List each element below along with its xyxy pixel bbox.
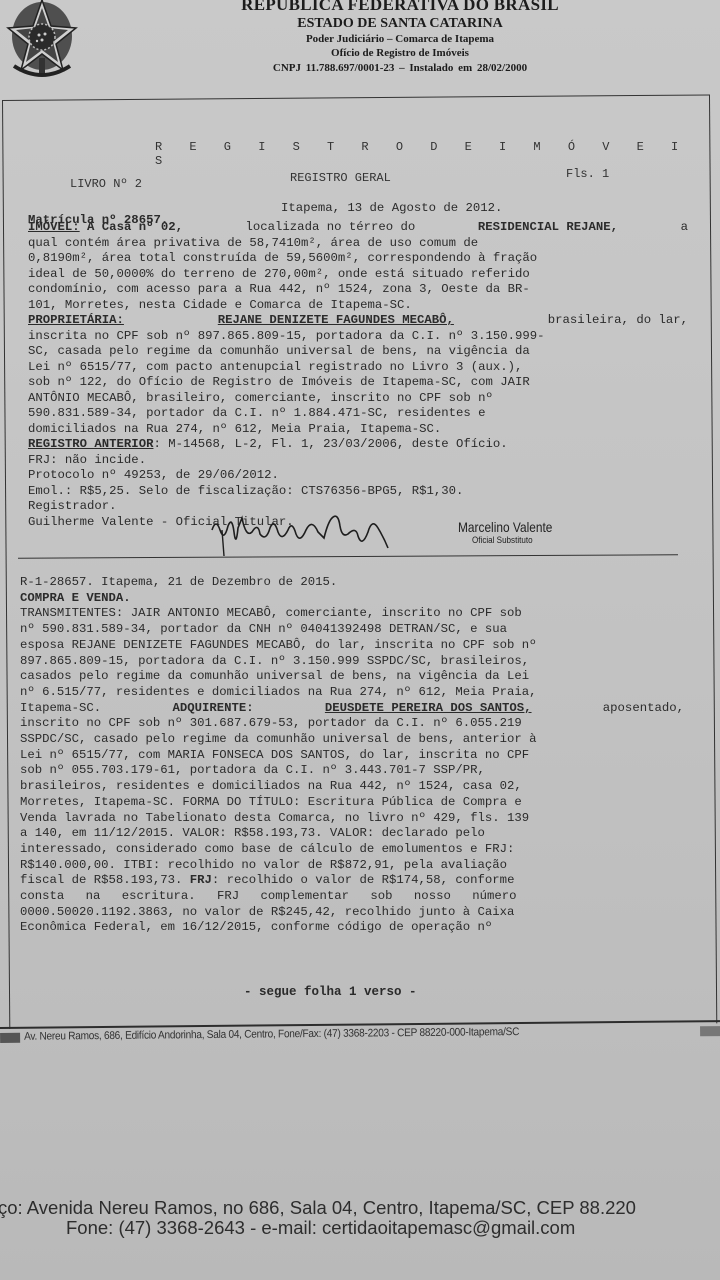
proprietaria-line: SC, casada pelo regime da comunhão unive… <box>28 344 688 360</box>
header-title: REPÚBLICA FEDERATIVA DO BRASIL <box>180 0 620 15</box>
protocolo: Protocolo nº 49253, de 29/06/2012. <box>28 468 688 484</box>
r1-line: R$140.000,00. ITBI: recolhido no valor d… <box>20 858 684 874</box>
r1-line: sob nº 055.703.179-61, portadora da C.I.… <box>20 763 684 779</box>
proprietaria-line: sob nº 122, do Ofício de Registro de Imó… <box>28 375 688 391</box>
proprietaria-line: 590.831.589-34, portador da C.I. nº 1.88… <box>28 406 688 422</box>
imovel-line: qual contém área privativa de 58,7410m²,… <box>28 236 688 252</box>
r1-line: brasileiros, residentes e domiciliados n… <box>20 779 684 795</box>
adquirente-name: DEUSDETE PEREIRA DOS SANTOS, <box>325 701 532 717</box>
contact-address: ço: Avenida Nereu Ramos, no 686, Sala 04… <box>0 1198 720 1218</box>
document-title: R E G I S T R O D E I M Ó V E I S <box>155 140 720 168</box>
header-state: ESTADO DE SANTA CATARINA <box>180 15 620 32</box>
stamp-name: Marcelino Valente <box>458 520 552 535</box>
imovel-casa: A Casa nº 02, <box>87 220 183 234</box>
proprietaria-info: brasileira, do lar, <box>548 313 688 329</box>
r1-line: casados pelo regime da comunhão universa… <box>20 669 684 685</box>
r1-line: Morretes, Itapema-SC. FORMA DO TÍTULO: E… <box>20 795 684 811</box>
header-judiciary: Poder Judiciário – Comarca de Itapema <box>180 32 620 46</box>
certificate-contact: ço: Avenida Nereu Ramos, no 686, Sala 04… <box>0 1198 720 1238</box>
registro-anterior-label: REGISTRO ANTERIOR <box>28 437 153 451</box>
stamp-role: Oficial Substituto <box>472 535 554 546</box>
imovel-label: IMÓVEL: <box>28 220 80 234</box>
emolumentos: Emol.: R$5,25. Selo de fiscalização: CTS… <box>28 484 688 500</box>
adquirente-prefix: Itapema-SC. <box>20 701 101 717</box>
imovel-line: 0,8190m², área total construída de 59,56… <box>28 251 688 267</box>
frj-prefix: fiscal de R$58.193,73. <box>20 873 182 887</box>
r1-line: Lei nº 6515/77, com MARIA FONSECA DOS SA… <box>20 748 684 764</box>
r1-line: 0000.50020.1192.3863, no valor de R$245,… <box>20 905 684 921</box>
proprietaria-label: PROPRIETÁRIA: <box>28 313 124 329</box>
continues-note: - segue folha 1 verso - <box>244 985 417 999</box>
brazil-coat-of-arms-icon <box>6 0 78 84</box>
imovel-line: ideal de 50,0000% do terreno de 270,00m²… <box>28 267 688 283</box>
proprietaria-line: inscrita no CPF sob nº 897.865.809-15, p… <box>28 329 688 345</box>
footer-address: Av. Nereu Ramos, 686, Edifício Andorinha… <box>24 1026 519 1043</box>
r1-line: interessado, considerado como base de cá… <box>20 842 684 858</box>
header-office: Ofício de Registro de Imóveis <box>180 46 620 60</box>
proprietaria-line: ANTÔNIO MECABÔ, brasileiro, comerciante,… <box>28 391 688 407</box>
r1-line: TRANSMITENTES: JAIR ANTONIO MECABÔ, come… <box>20 606 684 622</box>
adquirente-label: ADQUIRENTE: <box>172 701 253 717</box>
proprietaria-line: domiciliados na Rua 274, nº 612, Meia Pr… <box>28 422 688 438</box>
r1-header: R-1-28657. Itapema, 21 de Dezembro de 20… <box>20 575 684 591</box>
proprietaria-line: Lei nº 6515/77, com pacto antenupcial re… <box>28 360 688 376</box>
adquirente-occupation: aposentado, <box>603 701 684 717</box>
imovel-text: a <box>681 220 688 236</box>
residencial-name: RESIDENCIAL REJANE, <box>478 220 618 236</box>
livro-number: LIVRO Nº 2 <box>70 177 142 191</box>
imovel-location: localizada no térreo do <box>246 220 416 236</box>
signature-icon <box>208 508 398 558</box>
letterhead: REPÚBLICA FEDERATIVA DO BRASIL ESTADO DE… <box>0 0 720 90</box>
r1-line: a 140, em 11/12/2015. VALOR: R$58.193,73… <box>20 826 684 842</box>
r1-title: COMPRA E VENDA. <box>20 591 684 607</box>
r1-line: Econômica Federal, em 16/12/2015, confor… <box>20 920 684 936</box>
r1-line: Venda lavrada no Tabelionato desta Comar… <box>20 811 684 827</box>
folha-number: Fls. 1 <box>566 167 609 181</box>
r1-line: inscrito no CPF sob nº 301.687.679-53, p… <box>20 716 684 732</box>
r1-line: 897.865.809-15, portadora da C.I. nº 3.1… <box>20 654 684 670</box>
registro-geral-label: REGISTRO GERAL <box>290 171 391 185</box>
r1-section: R-1-28657. Itapema, 21 de Dezembro de 20… <box>20 575 684 936</box>
contact-phone-email: Fone: (47) 3368-2643 - e-mail: certidaoi… <box>66 1218 720 1238</box>
header-cnpj: CNPJ 11.788.697/0001-23 – Instalado em 2… <box>180 60 620 76</box>
imovel-line: 101, Morretes, nesta Cidade e Comarca de… <box>28 298 688 314</box>
r1-line: SSPDC/SC, casado pelo regime da comunhão… <box>20 732 684 748</box>
official-stamp: Marcelino Valente Oficial Substituto <box>458 520 569 546</box>
frj-label: FRJ <box>190 873 212 887</box>
r1-line: nº 6.515/77, residentes e domiciliados n… <box>20 685 684 701</box>
proprietaria-name: REJANE DENIZETE FAGUNDES MECABÔ, <box>218 313 454 329</box>
footer-mark-right <box>700 1026 720 1036</box>
footer-mark-left <box>0 1033 20 1043</box>
r1-line: consta na escritura. FRJ complementar so… <box>20 889 684 905</box>
imovel-line: condomínio, com acesso para a Rua 442, n… <box>28 282 688 298</box>
frj-value: : recolhido o valor de R$174,58, conform… <box>212 873 515 887</box>
r1-line: nº 590.831.589-34, portador da CNH nº 04… <box>20 622 684 638</box>
r1-line: esposa REJANE DENIZETE FAGUNDES MECABÔ, … <box>20 638 684 654</box>
frj-note: FRJ: não incide. <box>28 453 688 469</box>
matricula-section: Itapema, 13 de Agosto de 2012. Matrícula… <box>28 201 688 530</box>
registro-anterior-value: : M-14568, L-2, Fl. 1, 23/03/2006, deste… <box>153 437 507 451</box>
